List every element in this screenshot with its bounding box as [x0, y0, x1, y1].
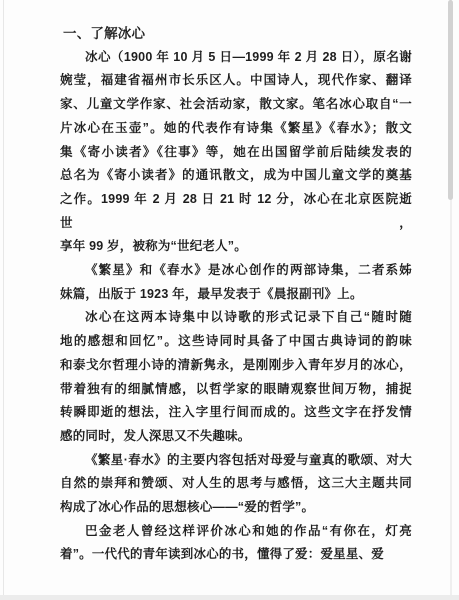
- text-line: 《繁星·春水》的主要内容包括对母爱与童真的歌颂、对大: [60, 449, 412, 473]
- text-line: 婉莹，福建省福州市长乐区人。中国诗人，现代作家、翻译: [60, 69, 412, 93]
- document-body: 一、了解冰心冰心（1900 年 10 月 5 日—1999 年 2 月 28 日…: [60, 22, 412, 567]
- text-line: 总名为《寄小读者》的通讯散文，成为中国儿童文学的奠基: [60, 164, 412, 188]
- text-line: 《繁星》和《春水》是冰心创作的两部诗集，二者系姊: [60, 259, 412, 283]
- text-line: 享年 99 岁，被称为“世纪老人”。: [60, 235, 412, 259]
- text-line: 地的感想和回忆”。这些诗同时具备了中国古典诗词的韵味: [60, 330, 412, 354]
- scrollbar-thumb[interactable]: [448, 0, 453, 200]
- text-line: 妹篇，出版于 1923 年，最早发表于《晨报副刊》上。: [60, 283, 412, 307]
- text-line: 巴金老人曾经这样评价冰心和她的作品“有你在，灯亮: [60, 520, 412, 544]
- text-line: 冰心（1900 年 10 月 5 日—1999 年 2 月 28 日），原名谢: [60, 46, 412, 70]
- text-line: 之作。1999 年 2 月 28 日 21 时 12 分，冰心在北京医院逝世，: [60, 188, 412, 235]
- text-line: 自然的崇拜和赞颂、对人生的思考与感悟，这三大主题共同: [60, 472, 412, 496]
- text-line: 带着独有的细腻情感，以哲学家的眼睛观察世间万物，捕捉: [60, 378, 412, 402]
- document-title: 一、了解冰心: [60, 22, 412, 46]
- text-line: 感的同时，发人深思又不失趣味。: [60, 425, 412, 449]
- text-line: 和泰戈尔哲理小诗的清新隽永，是刚刚步入青年岁月的冰心，: [60, 354, 412, 378]
- text-line: 转瞬即逝的想法，注入字里行间而成的。这些文字在抒发情: [60, 401, 412, 425]
- text-line: 构成了冰心作品的思想核心——“爱的哲学”。: [60, 496, 412, 520]
- text-line: 集《寄小读者》《往事》等，她在出国留学前后陆续发表的: [60, 141, 412, 165]
- page-bottom-edge: [0, 595, 459, 600]
- text-line: 冰心在这两本诗集中以诗歌的形式记录下自己“随时随: [60, 306, 412, 330]
- text-line: 家、儿童文学作家、社会活动家，散文家。笔名冰心取自“一: [60, 93, 412, 117]
- text-line: 片冰心在玉壶”。她的代表作有诗集《繁星》《春水》；散文: [60, 117, 412, 141]
- text-line: 着”。一代代的青年读到冰心的书，懂得了爱：爱星星、爱: [60, 543, 412, 567]
- page-left-edge: [3, 0, 4, 600]
